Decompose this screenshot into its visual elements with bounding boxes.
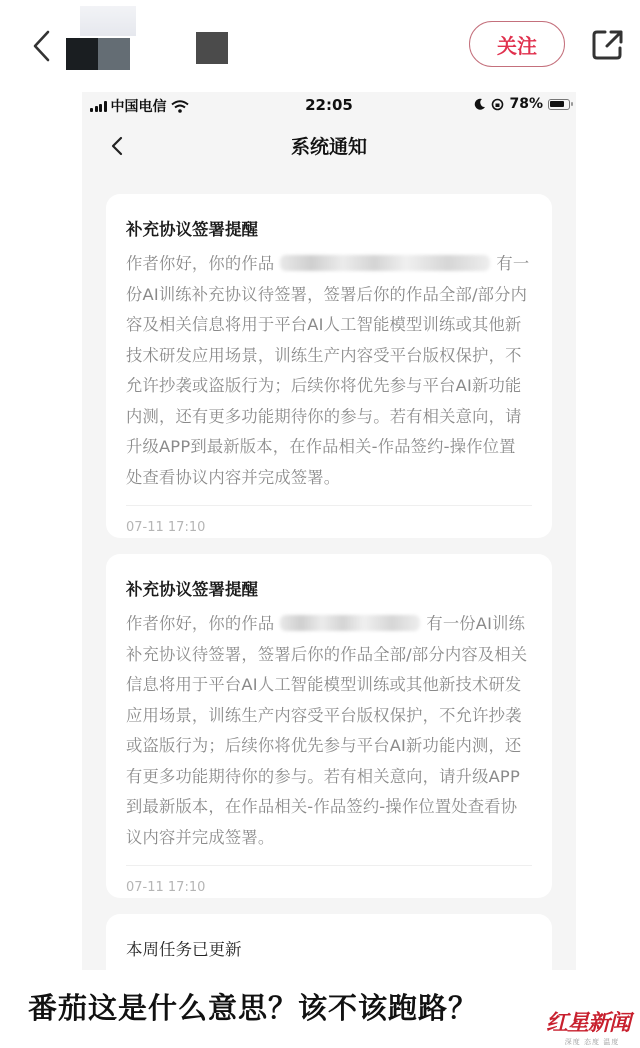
- notification-card[interactable]: 本周任务已更新: [106, 914, 552, 970]
- notification-time: 07-11 17:10: [126, 520, 532, 535]
- rotation-lock-icon: [491, 98, 504, 111]
- share-icon[interactable]: [591, 28, 625, 62]
- phone-screenshot: 中国电信 22:05 78% 系统通知 补充协议签署提醒: [82, 92, 576, 970]
- divider: [126, 505, 532, 506]
- nav-bar: 系统通知: [82, 122, 576, 170]
- notification-body: 作者你好，你的作品有一份AI训练补充协议待签署，签署后你的作品全部/部分内容及相…: [126, 609, 532, 853]
- status-bar: 中国电信 22:05 78%: [82, 92, 576, 118]
- page-title: 系统通知: [82, 132, 576, 159]
- divider: [126, 865, 532, 866]
- notification-card[interactable]: 补充协议签署提醒 作者你好，你的作品有一份AI训练补充协议待签署，签署后你的作品…: [106, 554, 552, 898]
- avatar-image: [80, 6, 136, 36]
- notification-title: 补充协议签署提醒: [126, 579, 532, 601]
- redacted-work-title: [280, 615, 420, 631]
- back-icon[interactable]: [30, 28, 54, 64]
- post-caption: 番茄这是什么意思？该不该跑路？: [28, 986, 478, 1027]
- notification-title: 本周任务已更新: [126, 939, 532, 961]
- redacted-username-block: [66, 38, 98, 70]
- post-header: 关注: [0, 0, 640, 90]
- battery-percent: 78%: [509, 96, 543, 112]
- redacted-work-title: [280, 255, 490, 271]
- watermark-text: 红星新闻: [546, 1006, 638, 1037]
- redacted-username-block: [98, 38, 130, 70]
- watermark-logo: 红星新闻 深度 态度 温度: [546, 1006, 638, 1046]
- redacted-username-block: [196, 32, 228, 64]
- follow-button[interactable]: 关注: [469, 21, 565, 67]
- notification-card[interactable]: 补充协议签署提醒 作者你好，你的作品有一份AI训练补充协议待签署，签署后你的作品…: [106, 194, 552, 538]
- moon-icon: [474, 98, 486, 110]
- notification-title: 补充协议签署提醒: [126, 219, 532, 241]
- battery-icon: [548, 99, 570, 110]
- notification-time: 07-11 17:10: [126, 880, 532, 895]
- notification-body: 作者你好，你的作品有一份AI训练补充协议待签署，签署后你的作品全部/部分内容及相…: [126, 249, 532, 493]
- watermark-subtitle: 深度 态度 温度: [546, 1037, 638, 1047]
- avatar[interactable]: [62, 6, 134, 66]
